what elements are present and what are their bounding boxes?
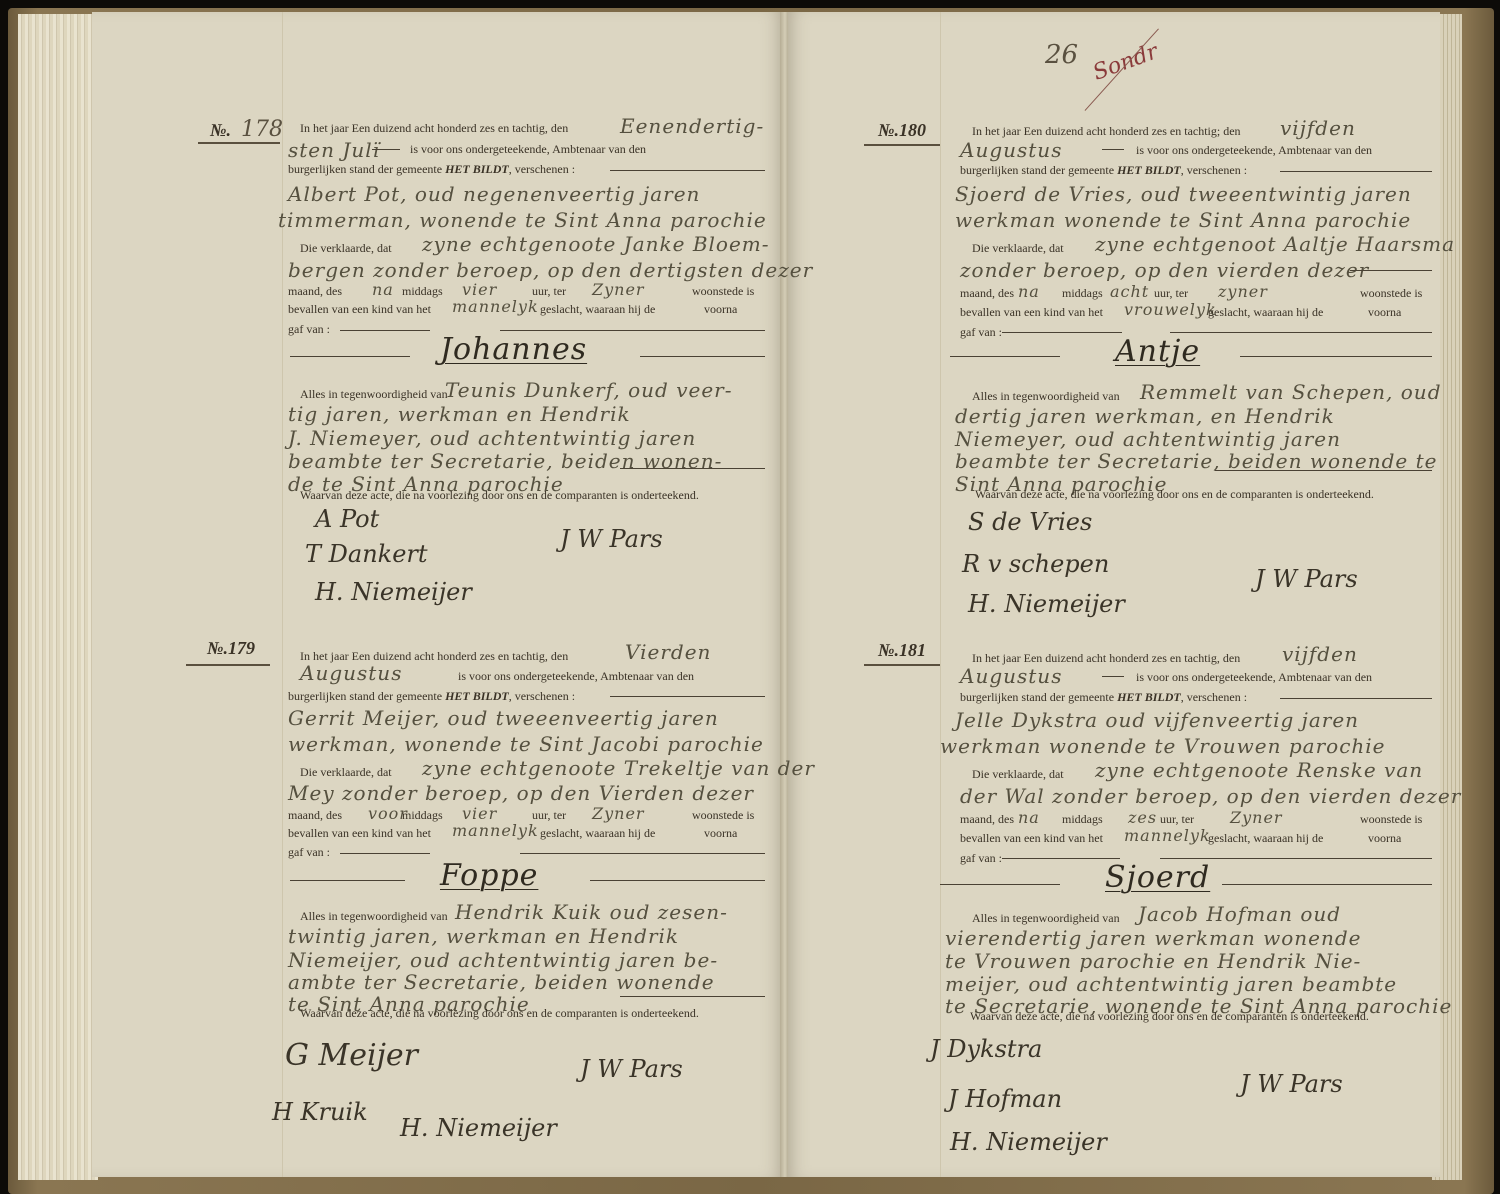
rule <box>340 853 430 854</box>
child-sex: vrouwelyk <box>1124 300 1217 319</box>
rule <box>1280 171 1432 172</box>
mother-detail: bergen zonder beroep, op den dertigsten … <box>288 258 813 282</box>
rule <box>620 996 765 997</box>
rule <box>590 880 765 881</box>
margin-rule <box>282 12 283 1177</box>
entry-number-label: №.179 <box>207 638 255 659</box>
entry-number-label: №.181 <box>878 640 926 661</box>
signature-witness: H. Niemeijer <box>950 1128 1107 1156</box>
signature-witness: T Dankert <box>305 540 428 568</box>
printed-line: burgerlijken stand der gemeente HET BILD… <box>288 162 575 177</box>
date-month: sten Julï <box>288 138 380 162</box>
printed-line: Die verklaarde, dat <box>972 767 1064 782</box>
mother: zyne echtgenoot Aaltje Haarsma <box>1095 232 1455 256</box>
printed-line: voorna <box>704 826 737 841</box>
rule <box>940 884 1060 885</box>
printed-line: burgerlijken stand der gemeente HET BILD… <box>960 163 1247 178</box>
signature-witness: J Hofman <box>948 1085 1062 1113</box>
mother-detail: der Wal zonder beroep, op den vierden de… <box>960 784 1461 808</box>
rule <box>640 356 765 357</box>
child-name: Johannes <box>440 332 587 367</box>
mother: zyne echtgenoote Renske van <box>1095 758 1423 782</box>
printed-line: Waarvan deze acte, die na voorlezing doo… <box>975 487 1374 502</box>
printed-line: bevallen van een kind van het <box>288 826 431 841</box>
witness-line: vierendertig jaren werkman wonende <box>945 926 1362 950</box>
declarant-occupation: werkman wonende te Sint Anna parochie <box>955 208 1411 232</box>
printed-line: geslacht, waaraan hij de <box>1208 831 1323 846</box>
signature-father: J Dykstra <box>930 1035 1042 1063</box>
date-day: Vierden <box>625 640 711 664</box>
time-period: na <box>1018 808 1040 827</box>
rule <box>500 330 765 331</box>
declarant: Jelle Dykstra oud vijfenveertig jaren <box>955 708 1359 732</box>
printed-line: maand, des <box>288 808 342 823</box>
printed-line: Waarvan deze acte, die na voorlezing doo… <box>300 488 699 503</box>
printed-line: geslacht, waaraan hij de <box>1208 305 1323 320</box>
date-month: Augustus <box>300 661 402 685</box>
signature-witness: H. Niemeijer <box>400 1114 557 1142</box>
rule <box>1002 332 1122 333</box>
printed-line: burgerlijken stand der gemeente HET BILD… <box>960 690 1247 705</box>
date-month: Augustus <box>960 138 1062 162</box>
declarant-occupation: timmerman, wonende te Sint Anna parochie <box>278 208 767 232</box>
printed-line: geslacht, waaraan hij de <box>540 826 655 841</box>
rule <box>372 149 400 150</box>
signature-father: S de Vries <box>968 508 1092 536</box>
signature-witness: H. Niemeijer <box>315 578 472 606</box>
birth-hour: acht <box>1110 282 1149 301</box>
witness-line: te Vrouwen parochie en Hendrik Nie- <box>945 949 1361 973</box>
witness-line: Hendrik Kuik oud zesen- <box>455 900 728 924</box>
printed-line: woonstede is <box>1360 812 1422 827</box>
page-edges-left <box>18 14 98 1180</box>
printed-line: is voor ons ondergeteekende, Ambtenaar v… <box>1136 143 1372 158</box>
printed-line: middags <box>402 284 443 299</box>
birth-hour: zes <box>1128 808 1157 827</box>
printed-line: In het jaar Een duizend acht honderd zes… <box>300 121 568 136</box>
printed-line: voorna <box>704 302 737 317</box>
entry-number-label: №.180 <box>878 120 926 141</box>
mother: zyne echtgenoote Janke Bloem- <box>422 232 770 256</box>
rule <box>1240 356 1432 357</box>
witness-line: dertig jaren werkman, en Hendrik <box>955 404 1335 428</box>
rule <box>610 170 765 171</box>
time-period: na <box>1018 282 1040 301</box>
witness-line: beambte ter Secretarie, beiden wonen- <box>288 449 722 473</box>
rule <box>290 880 405 881</box>
witness-line: Remmelt van Schepen, oud <box>1140 380 1442 404</box>
signature-registrar: J W Pars <box>580 1055 683 1083</box>
signature-father: G Meijer <box>285 1038 418 1073</box>
date-month: Augustus <box>960 664 1062 688</box>
number-underline <box>864 664 940 666</box>
printed-line: Alles in tegenwoordigheid van <box>972 911 1120 926</box>
signature-registrar: J W Pars <box>1255 565 1358 593</box>
declarant: Albert Pot, oud negenenveertig jaren <box>288 182 700 206</box>
declarant-occupation: werkman, wonende te Sint Jacobi parochie <box>288 732 764 756</box>
signature-registrar: J W Pars <box>1240 1070 1343 1098</box>
printed-line: uur, ter <box>1160 812 1194 827</box>
time-period: na <box>372 280 394 299</box>
printed-line: middags <box>1062 286 1103 301</box>
printed-line: burgerlijken stand der gemeente HET BILD… <box>288 689 575 704</box>
entry-number-label: №.178 <box>210 117 283 142</box>
printed-line: maand, des <box>288 284 342 299</box>
rule <box>520 853 765 854</box>
witness-line: tig jaren, werkman en Hendrik <box>288 402 631 426</box>
printed-line: bevallen van een kind van het <box>960 831 1103 846</box>
printed-line: gaf van : <box>288 322 330 337</box>
witness-line: Niemeyer, oud achtentwintig jaren <box>955 427 1341 451</box>
printed-line: bevallen van een kind van het <box>288 302 431 317</box>
printed-line: is voor ons ondergeteekende, Ambtenaar v… <box>458 669 694 684</box>
printed-line: voorna <box>1368 305 1401 320</box>
rule <box>1215 470 1432 471</box>
rule <box>950 356 1060 357</box>
mother-detail: Mey zonder beroep, op den Vierden dezer <box>288 781 754 805</box>
rule <box>1102 149 1124 150</box>
date-day: vijfden <box>1282 642 1358 666</box>
rule <box>290 356 410 357</box>
witness-line: meijer, oud achtentwintig jaren beambte <box>945 972 1397 996</box>
residence: zyner <box>1218 282 1268 301</box>
printed-line: Alles in tegenwoordigheid van <box>300 387 448 402</box>
printed-line: Alles in tegenwoordigheid van <box>300 909 448 924</box>
declarant: Sjoerd de Vries, oud tweeentwintig jaren <box>955 182 1412 206</box>
signature-witness: H. Niemeijer <box>968 590 1125 618</box>
rule <box>1170 332 1432 333</box>
printed-line: Waarvan deze acte, die na voorlezing doo… <box>300 1006 699 1021</box>
rule <box>620 468 765 469</box>
printed-line: gaf van : <box>960 851 1002 866</box>
page-number: 26 <box>1045 40 1078 70</box>
child-sex: mannelyk <box>1124 826 1211 845</box>
printed-line: voorna <box>1368 831 1401 846</box>
printed-line: Waarvan deze acte, die na voorlezing doo… <box>970 1009 1369 1024</box>
printed-line: gaf van : <box>288 845 330 860</box>
printed-line: uur, ter <box>1154 286 1188 301</box>
printed-line: is voor ons ondergeteekende, Ambtenaar v… <box>1136 670 1372 685</box>
margin-rule <box>940 12 941 1177</box>
printed-line: Die verklaarde, dat <box>972 241 1064 256</box>
rule <box>1222 884 1432 885</box>
child-name: Foppe <box>440 858 538 893</box>
child-sex: mannelyk <box>452 821 539 840</box>
declarant: Gerrit Meijer, oud tweeenveertig jaren <box>288 706 719 730</box>
witness-line: ambte ter Secretarie, beiden wonende <box>288 970 715 994</box>
printed-line: gaf van : <box>960 325 1002 340</box>
printed-line: maand, des <box>960 286 1014 301</box>
printed-line: woonstede is <box>692 284 754 299</box>
rule <box>1102 676 1124 677</box>
witness-line: Teunis Dunkerf, oud veer- <box>445 378 733 402</box>
rule <box>610 696 765 697</box>
child-sex: mannelyk <box>452 297 539 316</box>
residence: Zyner <box>592 280 645 299</box>
child-name: Sjoerd <box>1105 860 1210 895</box>
declarant-occupation: werkman wonende te Vrouwen parochie <box>940 734 1386 758</box>
mother-detail: zonder beroep, op den vierden dezer <box>960 258 1369 282</box>
printed-line: Die verklaarde, dat <box>300 765 392 780</box>
printed-line: Die verklaarde, dat <box>300 241 392 256</box>
printed-line: Alles in tegenwoordigheid van <box>972 389 1120 404</box>
printed-line: In het jaar Een duizend acht honderd zes… <box>972 124 1241 139</box>
rule <box>1280 698 1432 699</box>
printed-line: middags <box>1062 812 1103 827</box>
signature-witness: R v schepen <box>962 550 1109 578</box>
rule <box>1350 270 1432 271</box>
child-name: Antje <box>1115 334 1200 369</box>
witness-line: Niemeijer, oud achtentwintig jaren be- <box>288 948 718 972</box>
residence: Zyner <box>1230 808 1283 827</box>
signature-registrar: J W Pars <box>560 525 663 553</box>
residence: Zyner <box>592 804 645 823</box>
printed-line: woonstede is <box>692 808 754 823</box>
witness-line: J. Niemeyer, oud achtentwintig jaren <box>288 426 696 450</box>
date-day: vijfden <box>1280 116 1356 140</box>
mother: zyne echtgenoote Trekeltje van der <box>422 756 815 780</box>
printed-line: bevallen van een kind van het <box>960 305 1103 320</box>
rule <box>1160 858 1432 859</box>
number-underline <box>186 664 270 666</box>
printed-line: woonstede is <box>1360 286 1422 301</box>
printed-line: middags <box>402 808 443 823</box>
signature-witness: H Kruik <box>272 1098 368 1126</box>
number-underline <box>864 144 940 146</box>
printed-line: maand, des <box>960 812 1014 827</box>
witness-line: Jacob Hofman oud <box>1138 902 1341 926</box>
printed-line: geslacht, waaraan hij de <box>540 302 655 317</box>
witness-line: twintig jaren, werkman en Hendrik <box>288 924 679 948</box>
rule <box>1002 858 1120 859</box>
number-underline <box>198 142 280 144</box>
signature-father: A Pot <box>315 505 379 533</box>
printed-line: is voor ons ondergeteekende, Ambtenaar v… <box>410 142 646 157</box>
rule <box>340 330 430 331</box>
date-day: Eenendertig- <box>620 114 764 138</box>
